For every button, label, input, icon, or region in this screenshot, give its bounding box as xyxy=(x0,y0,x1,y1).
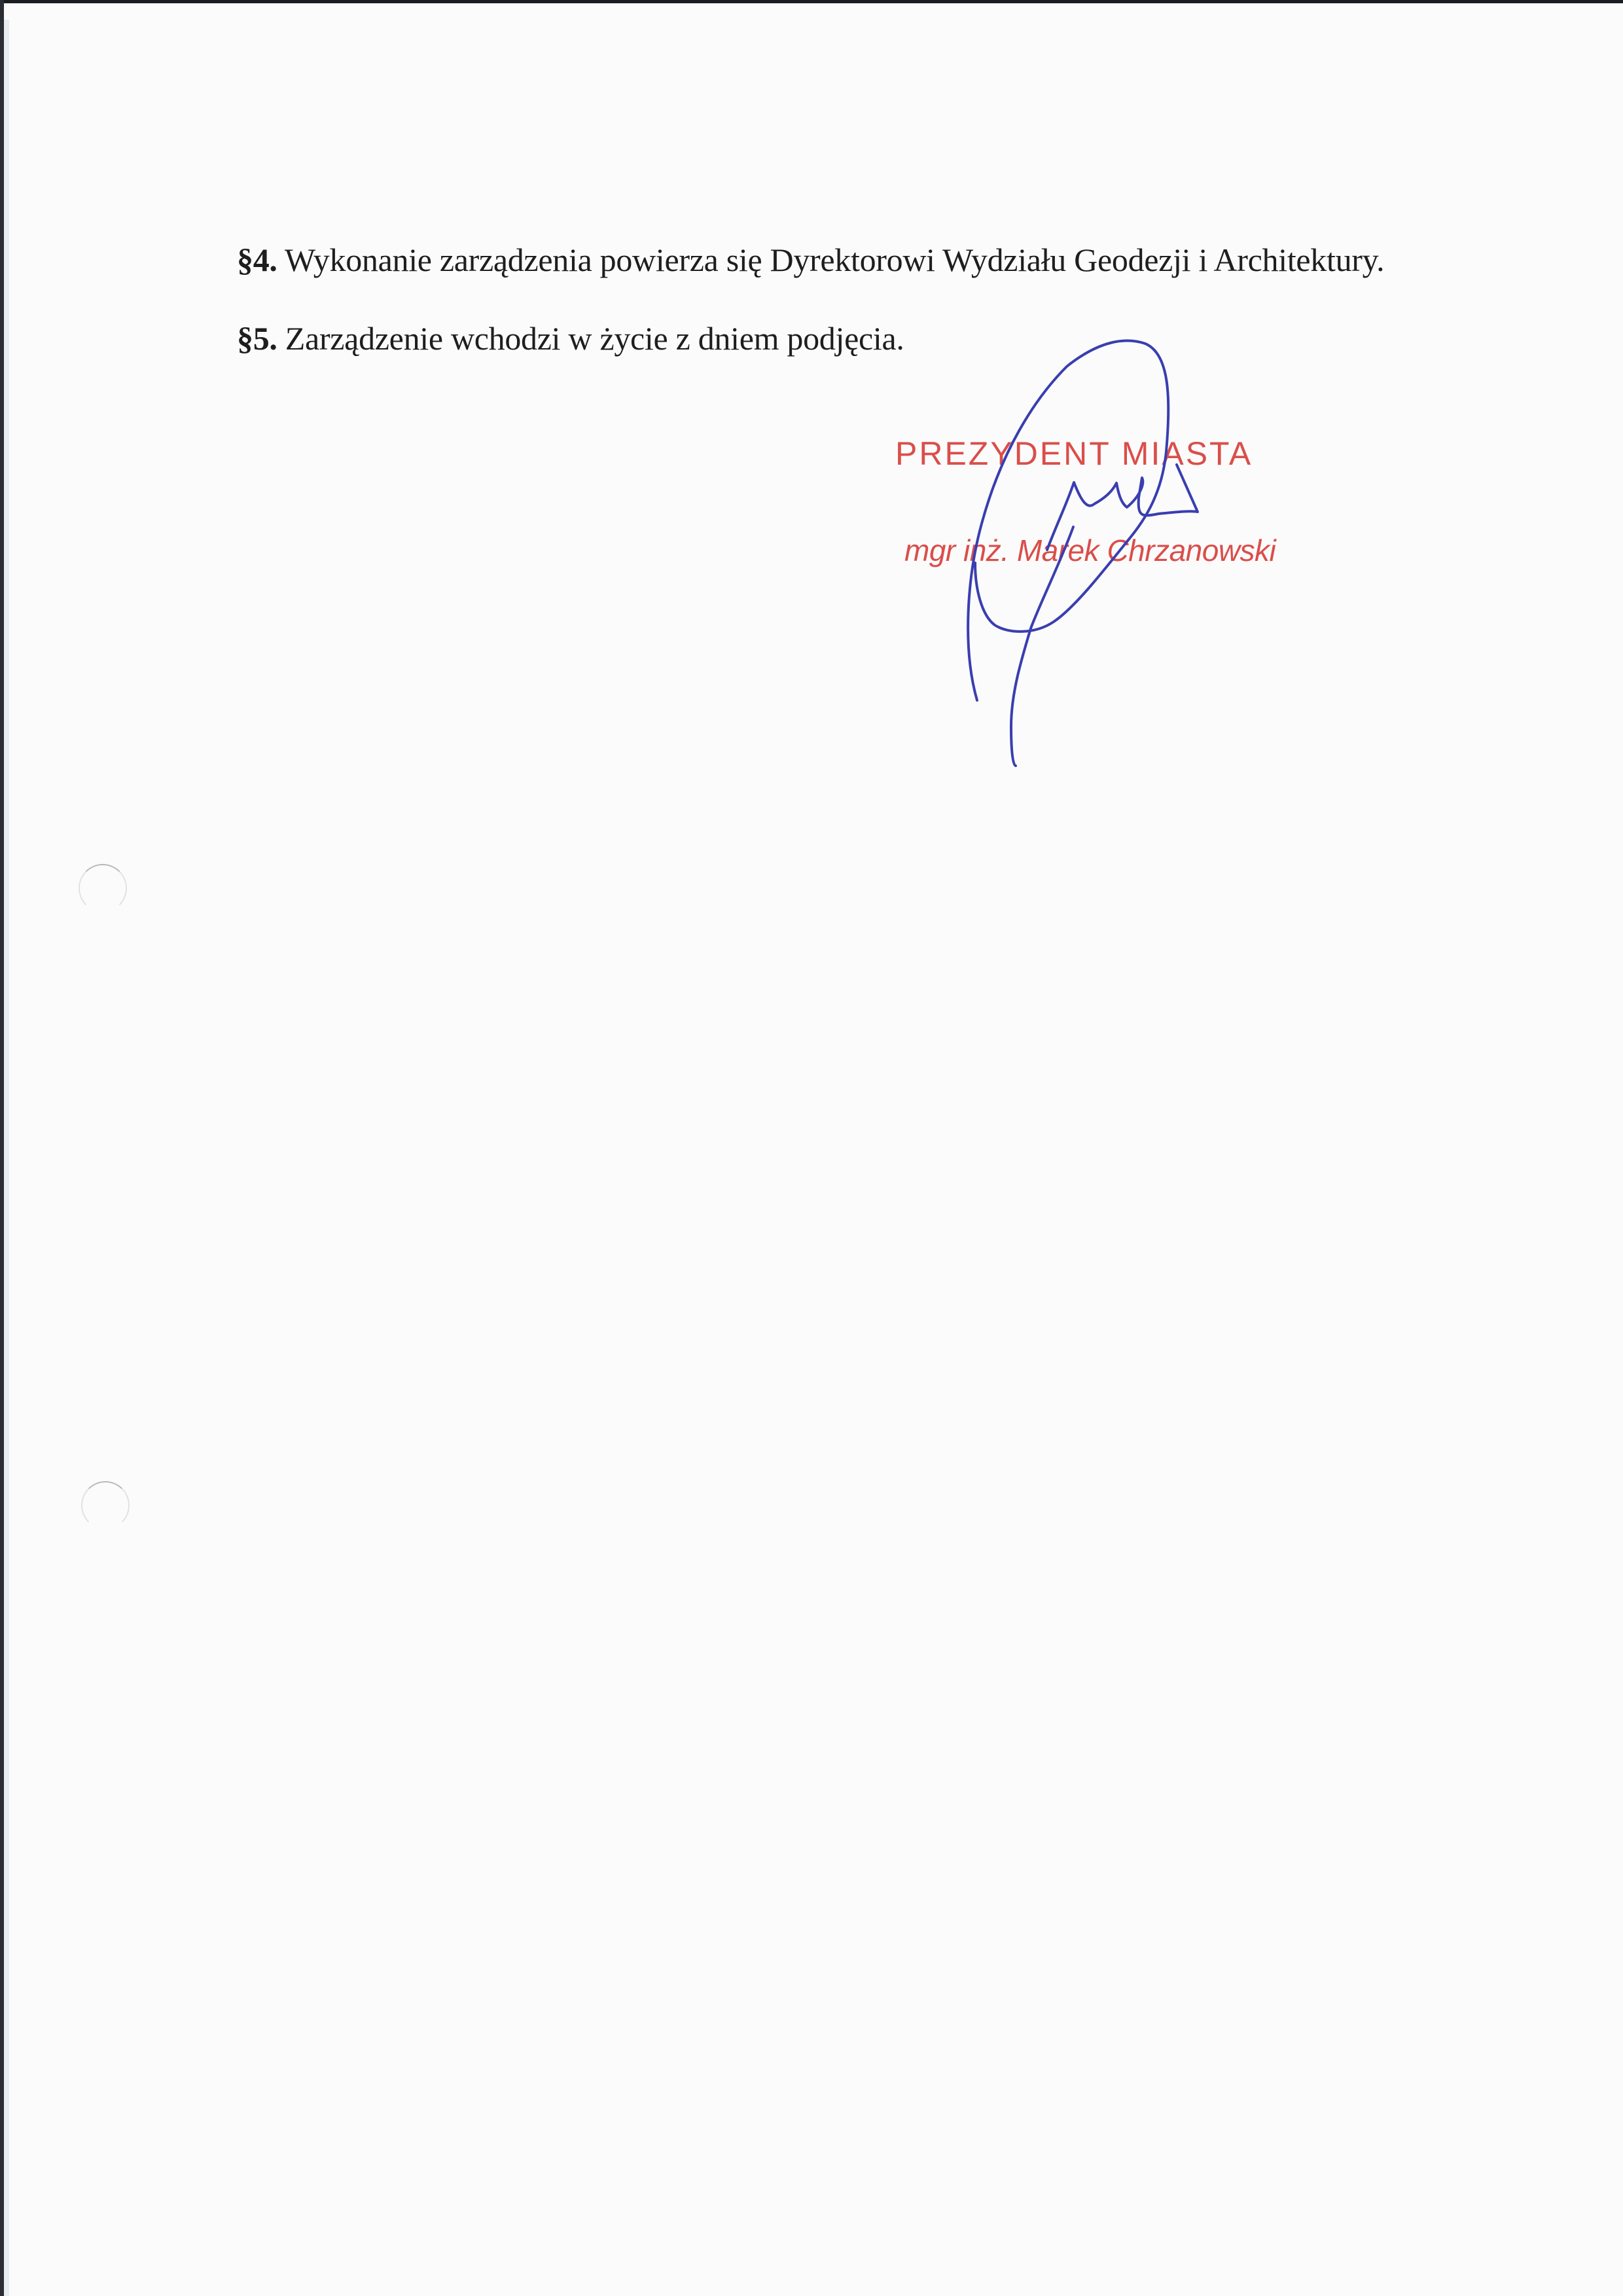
paragraph-5: §5. Zarządzenie wchodzi w życie z dniem … xyxy=(237,319,904,357)
punch-hole-mark xyxy=(79,864,127,912)
paragraph-4: §4. Wykonanie zarządzenia powierza się D… xyxy=(237,241,1384,279)
scan-left-edge-shadow xyxy=(4,20,9,2296)
paragraph-text: Wykonanie zarządzenia powierza się Dyrek… xyxy=(277,242,1385,278)
paragraph-number: §5. xyxy=(237,320,277,357)
scan-top-edge xyxy=(0,0,1623,3)
paragraph-text: Zarządzenie wchodzi w życie z dniem podj… xyxy=(277,320,904,357)
punch-hole-mark xyxy=(81,1481,130,1530)
stamp-title: PREZYDENT MIASTA xyxy=(895,435,1253,473)
stamp-name: mgr inż. Marek Chrzanowski xyxy=(904,533,1275,568)
paragraph-number: §4. xyxy=(237,242,277,278)
